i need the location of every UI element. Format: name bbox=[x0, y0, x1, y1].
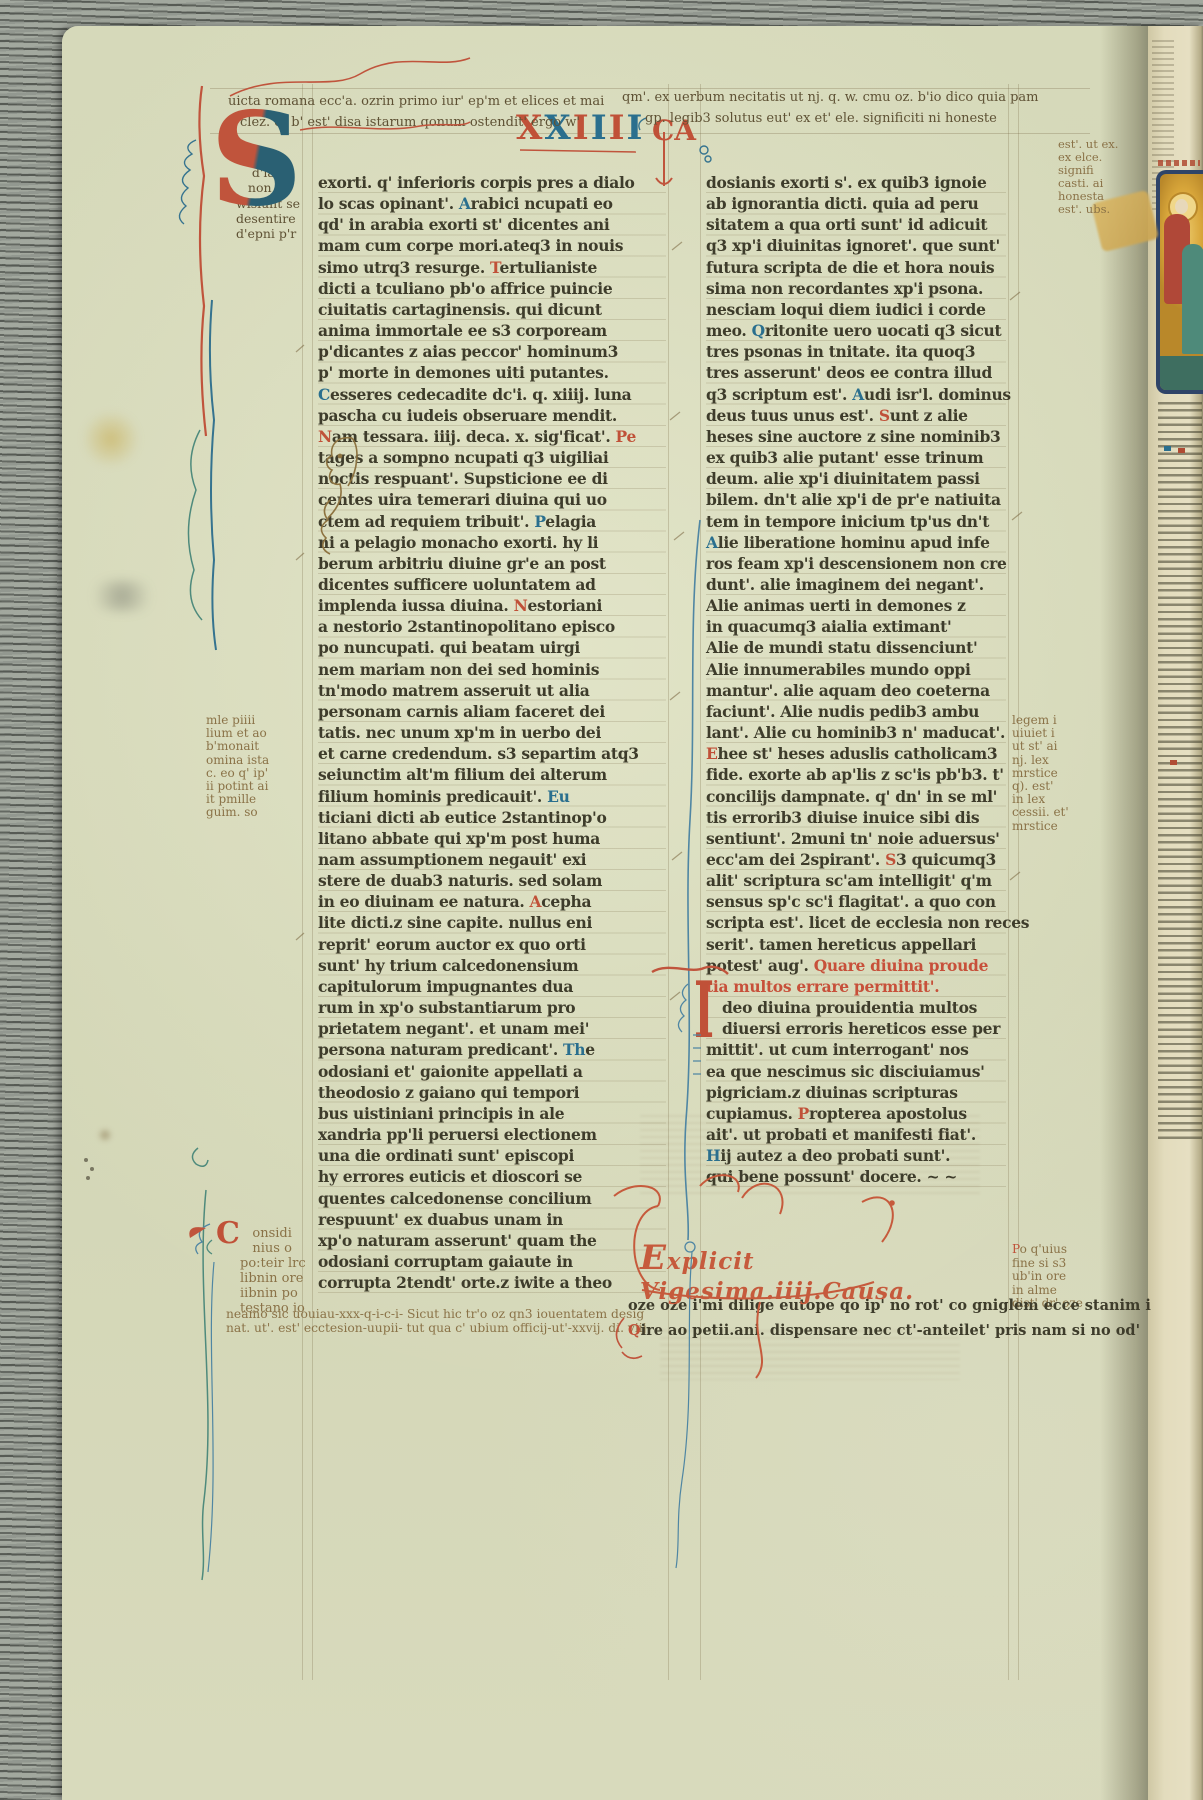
text-segment: ij autez a deo probati sunt'. bbox=[720, 1146, 950, 1165]
text-line: cupiamus. Propterea apostolus bbox=[706, 1103, 1006, 1124]
text-segment: A bbox=[852, 385, 864, 404]
text-line: berum arbitriu diuine gr'e an post bbox=[318, 553, 666, 574]
gloss-considi: onsidi nius opo:teir lrclibnin oreiibnin… bbox=[240, 1226, 306, 1316]
note-bottom-left: neamo sic uouiau-xxx-q-i-c-i- Sicut hic … bbox=[226, 1308, 647, 1335]
text-line: corrupta 2tendt' orte.z iwite a theo bbox=[318, 1272, 666, 1293]
text-line: libnin ore bbox=[240, 1271, 306, 1286]
text-line: sentiunt'. 2muni tn' noie aduersus' bbox=[706, 828, 1006, 849]
text-line: lite dicti.z sine capite. nullus eni bbox=[318, 912, 666, 933]
text-line: Alie de mundi statu dissenciunt' bbox=[706, 637, 1006, 658]
foxing-spot bbox=[96, 1128, 114, 1142]
text-line: et carne credendum. s3 separtim atq3 bbox=[318, 743, 666, 764]
text-line: fine si s3 bbox=[1012, 1257, 1083, 1271]
text-segment: deum. alie xp'i diuinitatem passi bbox=[706, 469, 980, 488]
text-segment: ait'. ut probati et manifesti fiat'. bbox=[706, 1125, 976, 1144]
text-segment: mrstice bbox=[1012, 766, 1058, 780]
text-line: ait'. ut probati et manifesti fiat'. bbox=[706, 1124, 1006, 1145]
text-segment: a nestorio 2stantinopolitano episco bbox=[318, 617, 615, 636]
text-segment: anima immortale ee s3 corpoream bbox=[318, 321, 607, 340]
text-line: gp. legib3 solutus eut' ex et' ele. sign… bbox=[645, 111, 997, 127]
text-segment: centes uira temerari diuina qui uo bbox=[318, 490, 607, 509]
text-segment: T bbox=[490, 258, 499, 277]
text-line: anima immortale ee s3 corpoream bbox=[318, 320, 666, 341]
text-segment: P bbox=[534, 512, 545, 531]
text-line: reprit' eorum auctor ex quo orti bbox=[318, 934, 666, 955]
decorated-initial-I: I bbox=[694, 972, 714, 1050]
text-segment: est'. ut ex. bbox=[1058, 137, 1118, 151]
text-segment: Quare diuina proude bbox=[814, 956, 988, 975]
text-line: lo scas opinant'. Arabici ncupati eo bbox=[318, 193, 666, 214]
text-segment: gp. legib3 solutus eut' ex et' ele. sign… bbox=[645, 111, 997, 126]
text-segment: est'. ubs. bbox=[1058, 202, 1110, 216]
manuscript-photo: XXIIII CA exorti. q' inferioris corpis p… bbox=[0, 0, 1203, 1800]
gloss-right-middle: legem iuiuiet iut st' ainj. lexmrsticeq)… bbox=[1012, 714, 1069, 833]
text-segment: scripta est'. licet de ecclesia non rece… bbox=[706, 913, 1029, 932]
text-segment: p' morte in demones uiti putantes. bbox=[318, 363, 609, 382]
text-line: seiunctim alt'm filium dei alterum bbox=[318, 764, 666, 785]
text-line: heses sine auctore z sine nominib3 bbox=[706, 426, 1006, 447]
text-segment: nj. lex bbox=[1012, 753, 1049, 767]
text-segment: P bbox=[1012, 1242, 1020, 1256]
text-line: nem mariam non dei sed hominis bbox=[318, 659, 666, 680]
chapter-number-letter: I bbox=[609, 108, 627, 148]
text-line: Cesseres cedecadite dc'i. q. xiiij. luna bbox=[318, 384, 666, 405]
text-segment: dosianis exorti s'. ex quib3 ignoie bbox=[706, 173, 987, 192]
text-segment: alit' scriptura sc'am intelligit' q'm bbox=[706, 871, 992, 890]
text-segment: lant'. Alie cu hominib3 n' maducat'. bbox=[706, 723, 1005, 742]
text-segment: cepha bbox=[541, 892, 591, 911]
text-line: prietatem negant'. et unam mei' bbox=[318, 1018, 666, 1039]
text-line: onsidi bbox=[240, 1226, 306, 1241]
text-segment: simo utrq3 resurge. bbox=[318, 258, 490, 277]
text-segment: potest' aug'. bbox=[706, 956, 814, 975]
text-segment: capitulorum impugnantes dua bbox=[318, 977, 573, 996]
text-segment: unt z alie bbox=[890, 406, 968, 425]
text-line: nesciam loqui diem iudici i corde bbox=[706, 299, 1006, 320]
text-segment: C bbox=[318, 385, 330, 404]
text-segment: ut st' ai bbox=[1012, 739, 1057, 753]
text-segment: po:teir lrc bbox=[240, 1256, 306, 1271]
text-line: hy errores euticis et dioscori se bbox=[318, 1166, 666, 1187]
text-segment: iibnin po bbox=[240, 1286, 298, 1301]
text-line: ea que nescimus sic disciuiamus' bbox=[706, 1061, 1006, 1082]
text-line: ciuitatis cartaginensis. qui dicunt bbox=[318, 299, 666, 320]
text-segment: tn'modo matrem asseruit ut alia bbox=[318, 681, 590, 700]
text-segment: cessii. et' bbox=[1012, 805, 1069, 819]
facing-red-initial bbox=[1178, 448, 1185, 453]
text-line: tatis. nec unum xp'm in uerbo dei bbox=[318, 722, 666, 743]
sewing-hole bbox=[86, 1176, 90, 1180]
text-line: personam carnis aliam faceret dei bbox=[318, 701, 666, 722]
text-line: capitulorum impugnantes dua bbox=[318, 976, 666, 997]
text-line: Nam tessara. iiij. deca. x. sig'ficat'. … bbox=[318, 426, 666, 447]
text-line: una die ordinati sunt' episcopi bbox=[318, 1145, 666, 1166]
miniature-ground bbox=[1160, 356, 1203, 390]
text-segment: A bbox=[706, 533, 718, 552]
text-segment: honesta bbox=[1058, 189, 1104, 203]
text-line: scripta est'. licet de ecclesia non rece… bbox=[706, 912, 1006, 933]
text-line: ecc'am dei 2spirant'. S3 quicumq3 bbox=[706, 849, 1006, 870]
text-line: mittit'. ut cum interrogant' nos bbox=[706, 1039, 1006, 1060]
ruling-horizontal bbox=[210, 88, 1090, 89]
text-segment: b'monait bbox=[206, 739, 259, 753]
text-segment: berum arbitriu diuine gr'e an post bbox=[318, 554, 606, 573]
text-line: ub'in ore bbox=[1012, 1270, 1083, 1284]
text-line: lant'. Alie cu hominib3 n' maducat'. bbox=[706, 722, 1006, 743]
text-line: dicentes sufficere uoluntatem ad bbox=[318, 574, 666, 595]
text-segment: deus tuus unus est'. bbox=[706, 406, 879, 425]
text-line: concilijs dampnate. q' dn' in se ml' bbox=[706, 786, 1006, 807]
text-segment: qui bene possunt' docere. ~ ~ bbox=[706, 1167, 957, 1186]
text-line: fide. exorte ab ap'lis z sc'is pb'b3. t' bbox=[706, 764, 1006, 785]
text-line: theodosio z gaiano qui tempori bbox=[318, 1082, 666, 1103]
text-segment: Q bbox=[752, 321, 765, 340]
text-segment: tres asserunt' deos ee contra illud bbox=[706, 363, 992, 382]
text-segment: Alie animas uerti in demones z bbox=[706, 596, 966, 615]
text-segment: dicti a tculiano pb'o affrice puincie bbox=[318, 279, 612, 298]
text-segment: lium et ao bbox=[206, 726, 267, 740]
text-segment: reprit' eorum auctor ex quo orti bbox=[318, 935, 586, 954]
text-segment: o q'uius bbox=[1020, 1242, 1067, 1256]
text-line: potest' aug'. Quare diuina proude bbox=[706, 955, 1006, 976]
text-segment: meo. bbox=[706, 321, 752, 340]
text-line: serit'. tamen hereticus appellari bbox=[706, 934, 1006, 955]
text-line: deum. alie xp'i diuinitatem passi bbox=[706, 468, 1006, 489]
book-gutter bbox=[1100, 26, 1152, 1800]
text-segment: ritonite uero uocati q3 sicut bbox=[765, 321, 1002, 340]
text-segment: sunt' hy trium calcedonensium bbox=[318, 956, 578, 975]
text-line: odosiani et' gaionite appellati a bbox=[318, 1061, 666, 1082]
text-segment: nesciam loqui diem iudici i corde bbox=[706, 300, 986, 319]
text-segment: fide. exorte ab ap'lis z sc'is pb'b3. t' bbox=[706, 765, 1004, 784]
text-segment: ire ao petii.ani. dispensare nec ct'-ant… bbox=[641, 1322, 1140, 1339]
text-segment: implenda iussa diuina. bbox=[318, 596, 514, 615]
text-segment: ecc'am dei 2spirant'. bbox=[706, 850, 885, 869]
text-line: Qire ao petii.ani. dispensare nec ct'-an… bbox=[628, 1318, 1151, 1343]
stain bbox=[80, 412, 142, 466]
text-line: qui bene possunt' docere. ~ ~ bbox=[706, 1166, 1006, 1187]
text-line: est'. ubs. bbox=[1058, 203, 1118, 216]
text-segment: ub'in ore bbox=[1012, 1269, 1066, 1283]
text-segment: ab ignorantia dicti. quia ad peru bbox=[706, 194, 979, 213]
text-segment: futura scripta de die et hora nouis bbox=[706, 258, 994, 277]
text-segment: po nuncupati. qui beatam uirgi bbox=[318, 638, 580, 657]
text-line: mantur'. alie aquam deo coeterna bbox=[706, 680, 1006, 701]
text-line: ni a pelagio monacho exorti. hy li bbox=[318, 532, 666, 553]
text-segment: H bbox=[706, 1146, 720, 1165]
text-segment: p'dicantes z aias peccor' hominum3 bbox=[318, 342, 618, 361]
text-segment: A bbox=[530, 892, 542, 911]
text-line: litano abbate qui xp'm post huma bbox=[318, 828, 666, 849]
text-segment: guim. so bbox=[206, 805, 258, 819]
text-segment: ex quib3 alie putant' esse trinum bbox=[706, 448, 983, 467]
text-segment: concilijs dampnate. q' dn' in se ml' bbox=[706, 787, 997, 806]
text-segment: xp'o naturam asserunt' quam the bbox=[318, 1231, 597, 1250]
text-segment: tia multos errare permittit'. bbox=[706, 977, 939, 996]
text-segment: sima non recordantes xp'i psona. bbox=[706, 279, 983, 298]
text-segment: Th bbox=[563, 1040, 585, 1059]
text-line: faciunt'. Alie nudis pedib3 ambu bbox=[706, 701, 1006, 722]
text-segment: et carne credendum. s3 separtim atq3 bbox=[318, 744, 639, 763]
text-segment: una die ordinati sunt' episcopi bbox=[318, 1146, 574, 1165]
text-segment: faciunt'. Alie nudis pedib3 ambu bbox=[706, 702, 979, 721]
text-segment: sitatem a qua orti sunt' id adicuit bbox=[706, 215, 987, 234]
text-segment: mle piiii bbox=[206, 713, 255, 727]
text-segment: nius o bbox=[240, 1241, 292, 1256]
text-line: meo. Qritonite uero uocati q3 sicut bbox=[706, 320, 1006, 341]
text-segment: signifi bbox=[1058, 163, 1094, 177]
text-line: mam cum corpe mori.ateq3 in nouis bbox=[318, 235, 666, 256]
text-segment: litano abbate qui xp'm post huma bbox=[318, 829, 600, 848]
text-segment: ea que nescimus sic disciuiamus' bbox=[706, 1062, 985, 1081]
text-segment: e bbox=[585, 1040, 595, 1059]
left-column: exorti. q' inferioris corpis pres a dial… bbox=[318, 172, 666, 1293]
text-segment: xandria pp'li peruersi electionem bbox=[318, 1125, 597, 1144]
text-line: quentes calcedonense concilium bbox=[318, 1188, 666, 1209]
text-line: dunt'. alie imaginem dei negant'. bbox=[706, 574, 1006, 595]
text-segment: tem in tempore inicium tp'us dn't bbox=[706, 512, 989, 531]
ruling-vertical bbox=[312, 84, 313, 1680]
sewing-hole bbox=[90, 1167, 94, 1171]
text-line: respuunt' ex duabus unam in bbox=[318, 1209, 666, 1230]
text-line: p'dicantes z aias peccor' hominum3 bbox=[318, 341, 666, 362]
ruling-vertical bbox=[1008, 84, 1009, 1680]
text-segment: corrupta 2tendt' orte.z iwite a theo bbox=[318, 1273, 612, 1292]
text-line: in quacumq3 aialia extimant' bbox=[706, 616, 1006, 637]
text-segment: seiunctim alt'm filium dei alterum bbox=[318, 765, 607, 784]
text-segment: 3 quicumq3 bbox=[896, 850, 996, 869]
text-line: Hij autez a deo probati sunt'. bbox=[706, 1145, 1006, 1166]
text-line: deus tuus unus est'. Sunt z alie bbox=[706, 405, 1006, 426]
text-segment: lite dicti.z sine capite. nullus eni bbox=[318, 913, 592, 932]
chapter-number-letter: I bbox=[627, 108, 645, 148]
text-line: dicti a tculiano pb'o affrice puincie bbox=[318, 278, 666, 299]
text-segment: tages a sompno ncupati q3 uigiliai bbox=[318, 448, 608, 467]
text-segment: stere de duab3 naturis. sed solam bbox=[318, 871, 602, 890]
text-segment: pascha cu iudeis obseruare mendit. bbox=[318, 406, 617, 425]
text-segment: sensus sp'c sc'i flagitat'. a quo con bbox=[706, 892, 996, 911]
text-segment: quentes calcedonense concilium bbox=[318, 1189, 591, 1208]
sewing-hole bbox=[84, 1158, 88, 1162]
text-line: rum in xp'o substantiarum pro bbox=[318, 997, 666, 1018]
figure-teal-robe bbox=[1182, 244, 1203, 354]
text-segment: ii potint ai bbox=[206, 779, 268, 793]
text-segment: tatis. nec unum xp'm in uerbo dei bbox=[318, 723, 601, 742]
text-line: alit' scriptura sc'am intelligit' q'm bbox=[706, 870, 1006, 891]
text-line: tia multos errare permittit'. bbox=[706, 976, 1006, 997]
text-segment: nat. ut'. est' ecctesion-uupii- tut qua … bbox=[226, 1321, 647, 1335]
text-segment: N bbox=[318, 427, 332, 446]
facing-page-text-block bbox=[1158, 402, 1202, 1140]
text-segment: q3 xp'i diuinitas ignoret'. que sunt' bbox=[706, 236, 1000, 255]
chapter-number-letter: I bbox=[591, 108, 609, 148]
text-segment: S bbox=[885, 850, 896, 869]
facing-red-mark bbox=[1170, 760, 1177, 765]
text-line: Po q'uius bbox=[1012, 1243, 1083, 1257]
text-line: stere de duab3 naturis. sed solam bbox=[318, 870, 666, 891]
smudge bbox=[84, 580, 160, 612]
text-segment: uiuiet i bbox=[1012, 726, 1055, 740]
ruling-vertical bbox=[668, 84, 669, 1680]
text-line: diuersi erroris hereticos esse per bbox=[706, 1018, 1006, 1039]
text-segment: in eo diuinam ee natura. bbox=[318, 892, 530, 911]
text-segment: filium hominis predicauit'. bbox=[318, 787, 547, 806]
ruling-vertical bbox=[700, 84, 701, 1680]
text-segment: cupiamus. bbox=[706, 1104, 798, 1123]
facing-page-rubric bbox=[1158, 160, 1200, 166]
text-segment: in quacumq3 aialia extimant' bbox=[706, 617, 951, 636]
text-segment: A bbox=[459, 194, 471, 213]
text-line: in eo diuinam ee natura. Acepha bbox=[318, 891, 666, 912]
text-segment: q3 scriptum est'. bbox=[706, 385, 852, 404]
header-right-line2: gp. legib3 solutus eut' ex et' ele. sign… bbox=[645, 111, 997, 127]
text-segment: respuunt' ex duabus unam in bbox=[318, 1210, 563, 1229]
text-line: a nestorio 2stantinopolitano episco bbox=[318, 616, 666, 637]
text-line: iibnin po bbox=[240, 1286, 306, 1301]
gloss-left-middle: mle piiiilium et aob'monaitomina istac. … bbox=[206, 714, 269, 820]
text-segment: deo diuina prouidentia multos bbox=[722, 998, 977, 1017]
text-segment: dunt'. alie imaginem dei negant'. bbox=[706, 575, 984, 594]
text-line: Alie liberatione hominu apud infe bbox=[706, 532, 1006, 553]
text-line: qm'. ex uerbum necitatis ut nj. q. w. cm… bbox=[622, 90, 1039, 106]
text-segment: nem mariam non dei sed hominis bbox=[318, 660, 599, 679]
text-segment: hy errores euticis et dioscori se bbox=[318, 1167, 582, 1186]
text-line: Ehee st' heses aduslis catholicam3 bbox=[706, 743, 1006, 764]
text-segment: ros feam xp'i descensionem non cre bbox=[706, 554, 1007, 573]
decorated-initial-S: S bbox=[210, 96, 302, 224]
text-line: xp'o naturam asserunt' quam the bbox=[318, 1230, 666, 1251]
text-line: nius o bbox=[240, 1241, 306, 1256]
text-line: nam assumptionem negauit' exi bbox=[318, 849, 666, 870]
text-segment: theodosio z gaiano qui tempori bbox=[318, 1083, 579, 1102]
text-line: guim. so bbox=[206, 806, 269, 819]
text-line: qd' in arabia exorti st' dicentes ani bbox=[318, 214, 666, 235]
text-line: neamo sic uouiau-xxx-q-i-c-i- Sicut hic … bbox=[226, 1308, 647, 1322]
text-line: pigriciam.z diuinas scripturas bbox=[706, 1082, 1006, 1103]
text-segment: elagia bbox=[545, 512, 596, 531]
text-line: tres psonas in tnitate. ita quoq3 bbox=[706, 341, 1006, 362]
text-segment: E bbox=[706, 744, 718, 763]
text-line: nat. ut'. est' ecctesion-uupii- tut qua … bbox=[226, 1322, 647, 1336]
right-column: dosianis exorti s'. ex quib3 ignoieab ig… bbox=[706, 172, 1006, 1188]
text-line: futura scripta de die et hora nouis bbox=[706, 257, 1006, 278]
text-segment: mam cum corpe mori.ateq3 in nouis bbox=[318, 236, 623, 255]
facing-page-miniature bbox=[1156, 170, 1203, 394]
text-segment: Eu bbox=[547, 787, 569, 806]
text-segment: sentiunt'. 2muni tn' noie aduersus' bbox=[706, 829, 1000, 848]
text-line: sensus sp'c sc'i flagitat'. a quo con bbox=[706, 891, 1006, 912]
text-segment: onsidi bbox=[240, 1226, 292, 1241]
text-segment: legem i bbox=[1012, 713, 1057, 727]
text-segment: ctem ad requiem tribuit'. bbox=[318, 512, 534, 531]
text-segment: prietatem negant'. et unam mei' bbox=[318, 1019, 589, 1038]
text-segment: pigriciam.z diuinas scripturas bbox=[706, 1083, 958, 1102]
text-segment: heses sine auctore z sine nominib3 bbox=[706, 427, 1000, 446]
text-segment: in lex bbox=[1012, 792, 1045, 806]
text-line: tn'modo matrem asseruit ut alia bbox=[318, 680, 666, 701]
text-line: tem in tempore inicium tp'us dn't bbox=[706, 511, 1006, 532]
text-line: xandria pp'li peruersi electionem bbox=[318, 1124, 666, 1145]
text-segment: libnin ore bbox=[240, 1271, 303, 1286]
ruling-horizontal bbox=[210, 133, 1090, 134]
text-segment: ciuitatis cartaginensis. qui dicunt bbox=[318, 300, 602, 319]
text-line: Alie animas uerti in demones z bbox=[706, 595, 1006, 616]
text-segment: qm'. ex uerbum necitatis ut nj. q. w. cm… bbox=[622, 90, 1039, 105]
text-line: tres asserunt' deos ee contra illud bbox=[706, 362, 1006, 383]
text-line: sima non recordantes xp'i psona. bbox=[706, 278, 1006, 299]
text-segment: ticiani dicti ab eutice 2stantinop'o bbox=[318, 808, 607, 827]
text-segment: serit'. tamen hereticus appellari bbox=[706, 935, 976, 954]
text-segment: bilem. dn't alie xp'i de pr'e natiuita bbox=[706, 490, 1001, 509]
text-line: mrstice bbox=[1012, 820, 1069, 833]
text-line: odosiani corruptam gaiaute in bbox=[318, 1251, 666, 1272]
text-segment: rabici ncupati eo bbox=[471, 194, 613, 213]
text-line: ab ignorantia dicti. quia ad peru bbox=[706, 193, 1006, 214]
text-line: ex quib3 alie putant' esse trinum bbox=[706, 447, 1006, 468]
decorated-initial-C: C bbox=[216, 1216, 240, 1251]
text-segment: dicentes sufficere uoluntatem ad bbox=[318, 575, 596, 594]
text-segment: nam assumptionem negauit' exi bbox=[318, 850, 586, 869]
text-segment: Alie de mundi statu dissenciunt' bbox=[706, 638, 977, 657]
explicit-line: Explicit Vigesima.iiij.Causa. bbox=[640, 1238, 940, 1305]
text-line: implenda iussa diuina. Nestoriani bbox=[318, 595, 666, 616]
text-segment: udi isr'l. dominus bbox=[864, 385, 1011, 404]
figure-head bbox=[1175, 199, 1188, 214]
text-segment: Alie innumerabiles mundo oppi bbox=[706, 660, 971, 679]
text-segment: odosiani et' gaionite appellati a bbox=[318, 1062, 583, 1081]
text-line: simo utrq3 resurge. Tertulianiste bbox=[318, 257, 666, 278]
text-line: tages a sompno ncupati q3 uigiliai bbox=[318, 447, 666, 468]
text-segment: P bbox=[798, 1104, 809, 1123]
text-segment: tres psonas in tnitate. ita quoq3 bbox=[706, 342, 975, 361]
text-line: Alie innumerabiles mundo oppi bbox=[706, 659, 1006, 680]
text-segment: lo scas opinant'. bbox=[318, 194, 459, 213]
text-line: sitatem a qua orti sunt' id adicuit bbox=[706, 214, 1006, 235]
text-segment: persona naturam predicant'. bbox=[318, 1040, 563, 1059]
text-segment: omina ista bbox=[206, 753, 269, 767]
text-line: bus uistiniani principis in ale bbox=[318, 1103, 666, 1124]
text-segment: diuersi erroris hereticos esse per bbox=[722, 1019, 1000, 1038]
text-segment: Pe bbox=[616, 427, 637, 446]
text-line: dosianis exorti s'. ex quib3 ignoie bbox=[706, 172, 1006, 193]
header-right-line1: qm'. ex uerbum necitatis ut nj. q. w. cm… bbox=[622, 90, 1039, 106]
text-line: filium hominis predicauit'. Eu bbox=[318, 786, 666, 807]
text-segment: N bbox=[514, 596, 528, 615]
text-segment: rum in xp'o substantiarum pro bbox=[318, 998, 575, 1017]
text-line: bilem. dn't alie xp'i de pr'e natiuita bbox=[706, 489, 1006, 510]
text-segment: am tessara. iiij. deca. x. sig'ficat'. bbox=[332, 427, 616, 446]
text-line: ticiani dicti ab eutice 2stantinop'o bbox=[318, 807, 666, 828]
text-segment: ropterea apostolus bbox=[809, 1104, 967, 1123]
text-segment: odosiani corruptam gaiaute in bbox=[318, 1252, 573, 1271]
text-line: p' morte in demones uiti putantes. bbox=[318, 362, 666, 383]
text-segment: tis errorib3 diuise inuice sibi dis bbox=[706, 808, 979, 827]
text-line: exorti. q' inferioris corpis pres a dial… bbox=[318, 172, 666, 193]
text-segment: mantur'. alie aquam deo coeterna bbox=[706, 681, 990, 700]
facing-blue-initial bbox=[1164, 446, 1171, 451]
text-line: pascha cu iudeis obseruare mendit. bbox=[318, 405, 666, 426]
text-segment: mrstice bbox=[1012, 819, 1058, 833]
text-segment: noctis respuant'. Supsticione ee di bbox=[318, 469, 608, 488]
text-line: q3 scriptum est'. Audi isr'l. dominus bbox=[706, 384, 1006, 405]
text-segment: fine si s3 bbox=[1012, 1256, 1066, 1270]
text-segment: personam carnis aliam faceret dei bbox=[318, 702, 605, 721]
text-segment: it pmille bbox=[206, 792, 256, 806]
text-segment: ertulianiste bbox=[500, 258, 598, 277]
text-line: po nuncupati. qui beatam uirgi bbox=[318, 637, 666, 658]
text-line: deo diuina prouidentia multos bbox=[706, 997, 1006, 1018]
text-segment: qd' in arabia exorti st' dicentes ani bbox=[318, 215, 609, 234]
